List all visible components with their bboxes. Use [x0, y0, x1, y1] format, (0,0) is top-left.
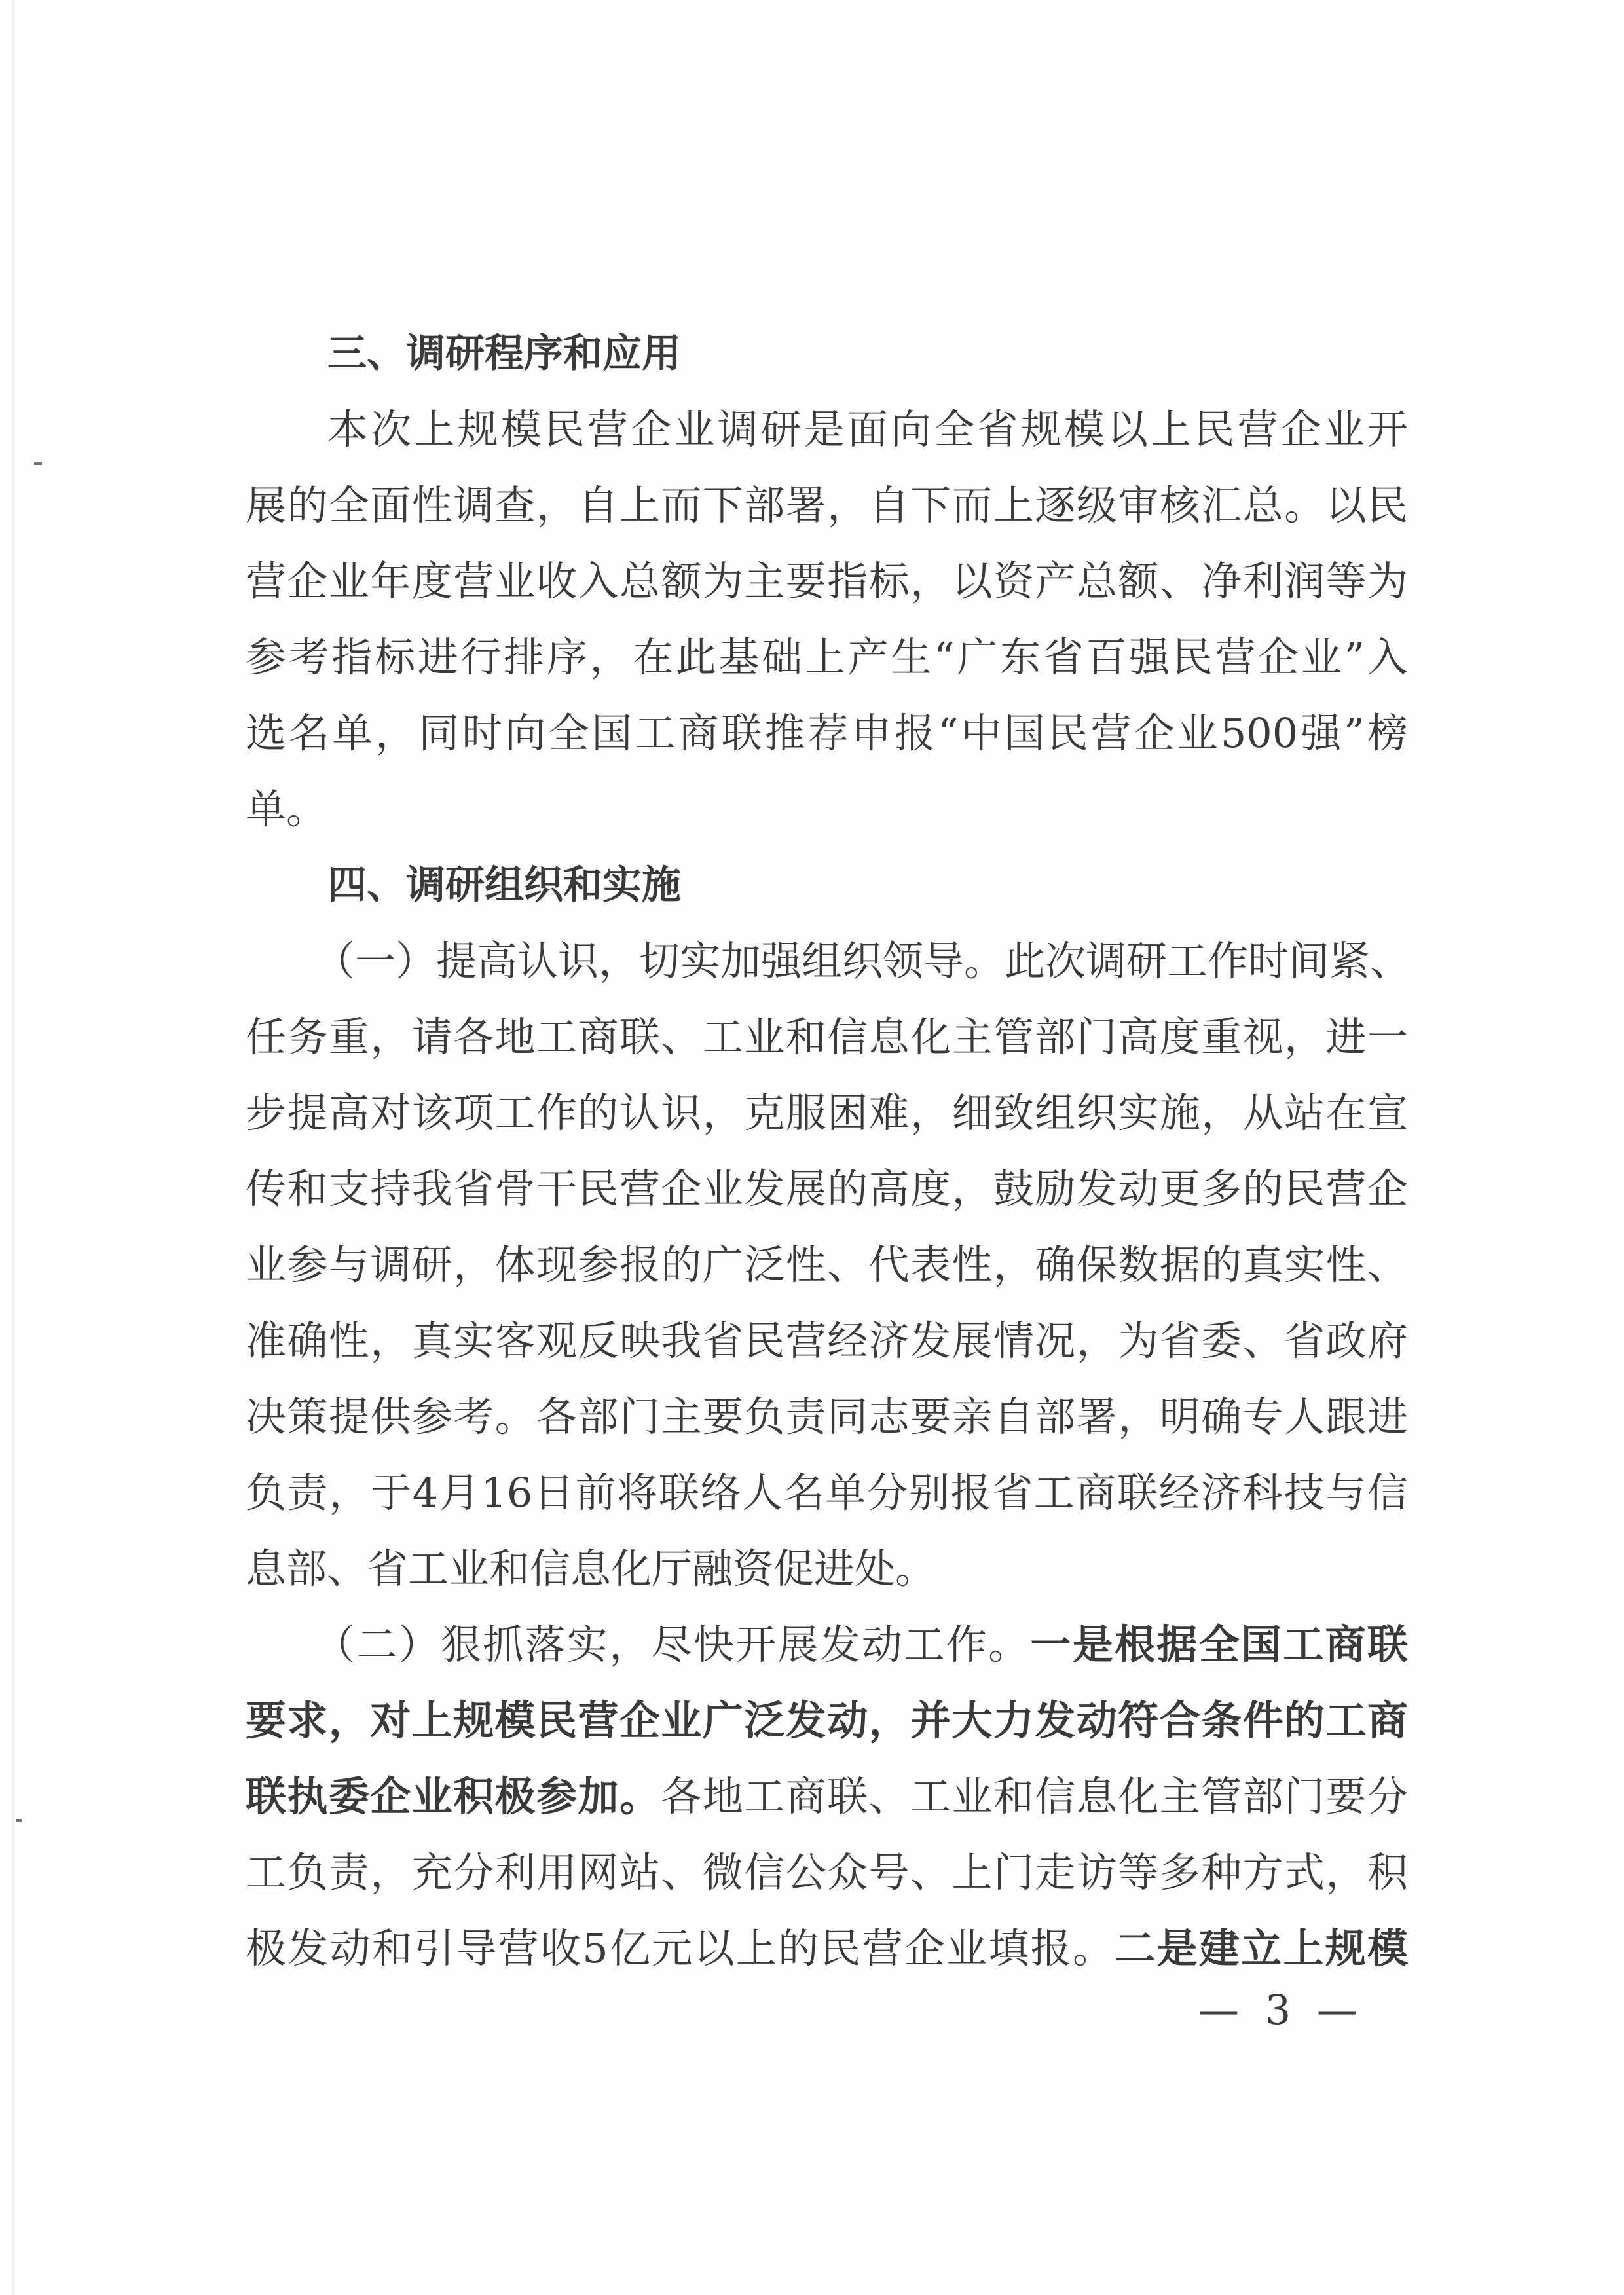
text-normal: （二）狠抓落实，尽快开展发动工作。: [314, 1621, 1030, 1668]
paragraph-line: 本次上规模民营企业调研是面向全省规模以上民营企业开: [327, 403, 1408, 456]
paragraph-line: （二）狠抓落实，尽快开展发动工作。一是根据全国工商联: [314, 1619, 1408, 1671]
paragraph-line: 息部、省工业和信息化厅融资促进处。: [246, 1543, 1408, 1595]
text-bold: 一是根据全国工商联: [1030, 1621, 1408, 1668]
paragraph-line: 单。: [246, 783, 1408, 835]
paragraph-line: 选名单，同时向全国工商联推荐申报“中国民营企业500强”榜: [246, 707, 1408, 760]
paragraph-line: 要求，对上规模民营企业广泛发动，并大力发动符合条件的工商: [246, 1695, 1408, 1747]
paragraph-line: 传和支持我省骨干民营企业发展的高度，鼓励发动更多的民营企: [246, 1163, 1408, 1215]
paragraph-line: 极发动和引导营收5亿元以上的民营企业填报。二是建立上规模: [246, 1922, 1408, 1975]
paragraph-line: 负责，于4月16日前将联络人名单分别报省工商联经济科技与信: [246, 1467, 1408, 1519]
text-normal: 极发动和引导营收5亿元以上的民营企业填报。: [246, 1924, 1115, 1972]
paragraph-line: 准确性，真实客观反映我省民营经济发展情况，为省委、省政府: [246, 1315, 1408, 1367]
paragraph-line: （一）提高认识，切实加强组织领导。此次调研工作时间紧、: [314, 935, 1408, 987]
document-page: 三、调研程序和应用 本次上规模民营企业调研是面向全省规模以上民营企业开 展的全面…: [0, 0, 1624, 2295]
text-bold: 二是建立上规模: [1115, 1924, 1408, 1972]
paragraph-line: 营企业年度营业收入总额为主要指标，以资产总额、净利润等为: [246, 555, 1408, 608]
page-number: — 3 —: [1198, 1984, 1364, 2036]
paragraph-line: 业参与调研，体现参报的广泛性、代表性，确保数据的真实性、: [246, 1239, 1408, 1291]
paragraph-line: 工负责，充分利用网站、微信公众号、上门走访等多种方式，积: [246, 1846, 1408, 1899]
paragraph-line: 联执委企业积极参加。各地工商联、工业和信息化主管部门要分: [246, 1771, 1408, 1823]
paragraph-line: 任务重，请各地工商联、工业和信息化主管部门高度重视，进一: [246, 1011, 1408, 1063]
text-bold: 联执委企业积极参加。: [246, 1772, 661, 1820]
section-heading-3: 三、调研程序和应用: [327, 327, 1375, 380]
paragraph-line: 步提高对该项工作的认识，克服困难，细致组织实施，从站在宣: [246, 1087, 1408, 1139]
paragraph-line: 展的全面性调查，自上而下部署，自下而上逐级审核汇总。以民: [246, 479, 1408, 532]
section-heading-4: 四、调研组织和实施: [327, 859, 1375, 911]
paragraph-line: 参考指标进行排序，在此基础上产生“广东省百强民营企业”入: [246, 631, 1408, 684]
scan-speck: [34, 462, 42, 465]
text-normal: 各地工商联、工业和信息化主管部门要分: [661, 1772, 1408, 1820]
scan-edge: [12, 0, 14, 2295]
scan-speck: [16, 1819, 22, 1822]
paragraph-line: 决策提供参考。各部门主要负责同志要亲自部署，明确专人跟进: [246, 1391, 1408, 1443]
